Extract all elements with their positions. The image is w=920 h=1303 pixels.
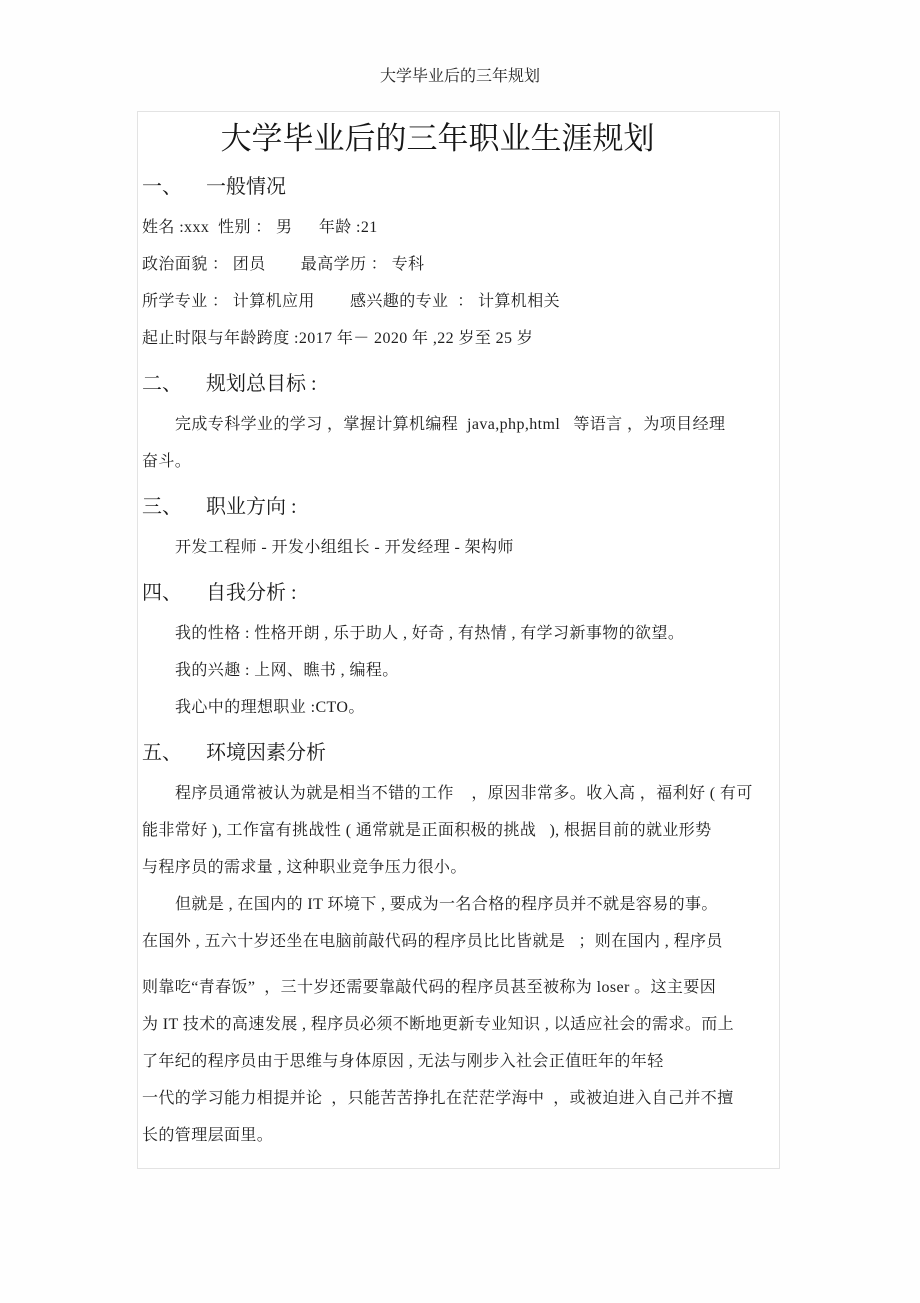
body-line: 则靠吃“青春饭” ，三十岁还需要靠敲代码的程序员甚至被称为 loser 。这主要… [142, 969, 769, 1006]
body-line: 所学专业 ： 计算机应用 感兴趣的专业 ： 计算机相关 [142, 283, 769, 320]
section-heading: 一、一般情况 [142, 172, 769, 203]
section-heading: 五、环境因素分析 [142, 738, 769, 769]
section-overall-goal: 二、规划总目标 : 完成专科学业的学习 ，掌握计算机编程 java,php,ht… [142, 369, 769, 480]
section-body: 我的性格 : 性格开朗 , 乐于助人 , 好奇 , 有热情 , 有学习新事物的欲… [142, 615, 769, 726]
document-page: 大学毕业后的三年职业生涯规划 一、一般情况 姓名 :xxx 性别 ： 男 年龄 … [137, 111, 780, 1169]
section-body: 完成专科学业的学习 ，掌握计算机编程 java,php,html 等语言 ，为项… [142, 406, 769, 480]
section-heading: 四、自我分析 : [142, 578, 769, 609]
section-body: 姓名 :xxx 性别 ： 男 年龄 :21 政治面貌 ： 团员 最高学历 ： 专… [142, 209, 769, 357]
body-line: 我的性格 : 性格开朗 , 乐于助人 , 好奇 , 有热情 , 有学习新事物的欲… [142, 615, 769, 652]
body-line: 完成专科学业的学习 ，掌握计算机编程 java,php,html 等语言 ，为项… [142, 406, 769, 443]
body-line: 我心中的理想职业 :CTO。 [142, 689, 769, 726]
body-line: 为 IT 技术的高速发展 , 程序员必须不断地更新专业知识 , 以适应社会的需求… [142, 1006, 769, 1043]
section-heading: 二、规划总目标 : [142, 369, 769, 400]
section-label: 职业方向 : [206, 492, 297, 523]
body-line: 能非常好 ), 工作富有挑战性 ( 通常就是正面积极的挑战 ), 根据目前的就业… [142, 812, 769, 849]
body-line: 长的管理层面里。 [142, 1117, 769, 1154]
section-body: 开发工程师 - 开发小组组长 - 开发经理 - 架构师 [142, 529, 769, 566]
section-heading: 三、职业方向 : [142, 492, 769, 523]
section-environment-analysis: 五、环境因素分析 程序员通常被认为就是相当不错的工作 ，原因非常多。收入高 ，福… [142, 738, 769, 1154]
page-title: 大学毕业后的三年职业生涯规划 [142, 118, 769, 160]
section-body: 程序员通常被认为就是相当不错的工作 ，原因非常多。收入高 ，福利好 ( 有可 能… [142, 775, 769, 1154]
body-line: 政治面貌 ： 团员 最高学历 ： 专科 [142, 246, 769, 283]
section-self-analysis: 四、自我分析 : 我的性格 : 性格开朗 , 乐于助人 , 好奇 , 有热情 ,… [142, 578, 769, 726]
section-number: 一、 [142, 172, 206, 203]
body-line: 一代的学习能力相提并论 ，只能苦苦挣扎在茫茫学海中 ，或被迫进入自己并不擅 [142, 1080, 769, 1117]
section-number: 三、 [142, 492, 206, 523]
body-line: 与程序员的需求量 , 这种职业竞争压力很小。 [142, 849, 769, 886]
section-label: 一般情况 [206, 172, 286, 203]
section-general-info: 一、一般情况 姓名 :xxx 性别 ： 男 年龄 :21 政治面貌 ： 团员 最… [142, 172, 769, 357]
section-number: 二、 [142, 369, 206, 400]
section-number: 四、 [142, 578, 206, 609]
body-line: 但就是 , 在国内的 IT 环境下 , 要成为一名合格的程序员并不就是容易的事。 [142, 886, 769, 923]
body-line: 程序员通常被认为就是相当不错的工作 ，原因非常多。收入高 ，福利好 ( 有可 [142, 775, 769, 812]
body-line: 起止时限与年龄跨度 :2017 年－ 2020 年 ,22 岁至 25 岁 [142, 320, 769, 357]
body-line: 姓名 :xxx 性别 ： 男 年龄 :21 [142, 209, 769, 246]
section-label: 规划总目标 : [206, 369, 317, 400]
body-line: 开发工程师 - 开发小组组长 - 开发经理 - 架构师 [142, 529, 769, 566]
body-line: 我的兴趣 : 上网、瞧书 , 编程。 [142, 652, 769, 689]
section-label: 自我分析 : [206, 578, 297, 609]
running-header: 大学毕业后的三年规划 [0, 66, 920, 88]
section-number: 五、 [142, 738, 206, 769]
section-career-direction: 三、职业方向 : 开发工程师 - 开发小组组长 - 开发经理 - 架构师 [142, 492, 769, 566]
body-line: 在国外 , 五六十岁还坐在电脑前敲代码的程序员比比皆就是 ；则在国内 , 程序员 [142, 923, 769, 960]
body-line: 了年纪的程序员由于思维与身体原因 , 无法与刚步入社会正值旺年的年轻 [142, 1043, 769, 1080]
body-line: 奋斗。 [142, 443, 769, 480]
section-label: 环境因素分析 [206, 738, 326, 769]
